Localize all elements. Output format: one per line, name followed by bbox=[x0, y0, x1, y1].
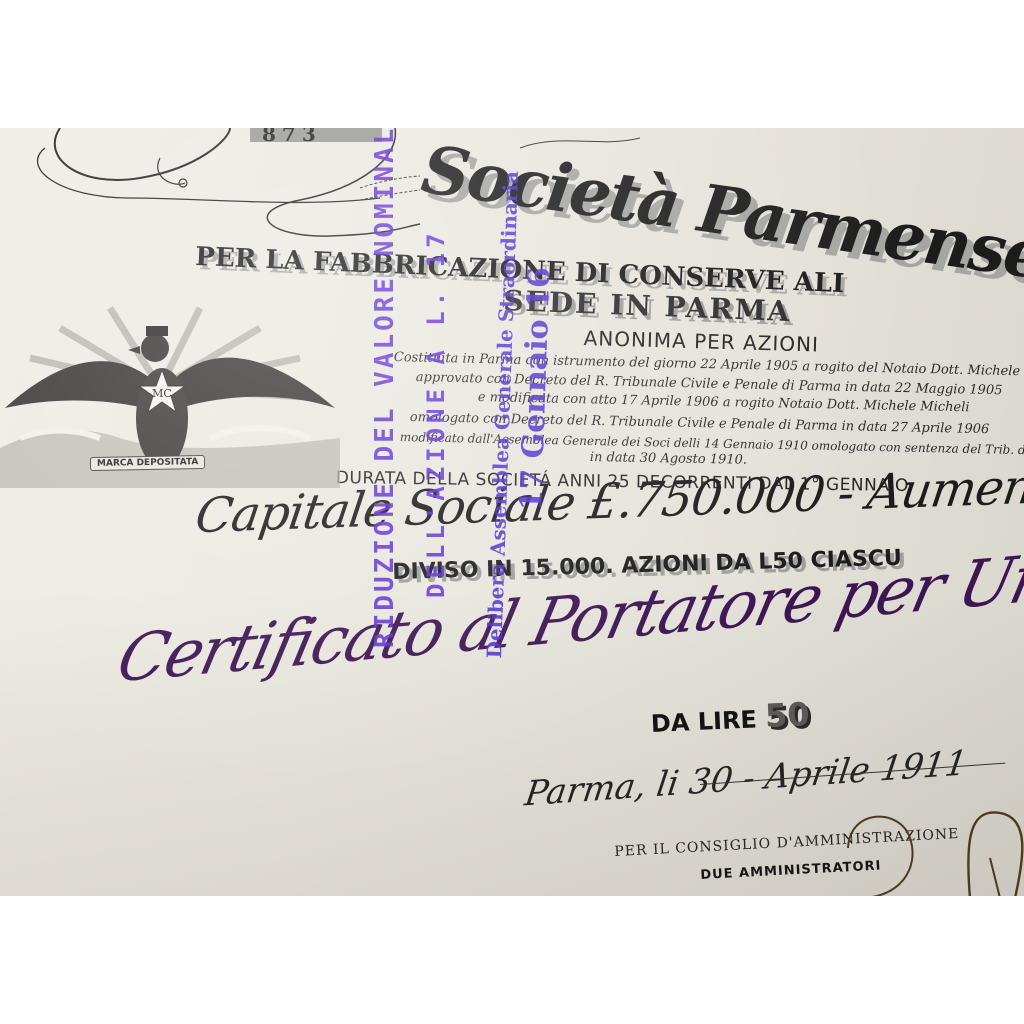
handwritten-date: 30 - Aprile 1911 bbox=[686, 743, 969, 803]
stamp-share-value: DELL'AZIONE A L. 17 bbox=[422, 228, 450, 598]
svg-text:MC: MC bbox=[152, 387, 172, 400]
certificate-number: 873 bbox=[250, 128, 382, 142]
denomination-value: 50 bbox=[764, 695, 810, 735]
stamp-value-reduction: RIDUZIONE DEL VALORE NOMINALE bbox=[370, 128, 400, 648]
legal-line: in data 30 Agosto 1910. bbox=[590, 450, 747, 468]
signature-icon bbox=[840, 798, 1024, 896]
certificate-photo: 873 Società Parmense PER LA FABBRICAZION… bbox=[0, 128, 1024, 896]
company-type: ANONIMA PER AZIONI bbox=[583, 326, 819, 357]
certificate-number-value: 873 bbox=[262, 128, 322, 142]
denomination: DA LIRE 50 bbox=[650, 695, 810, 740]
trademark-banner: MARCA DEPOSITATA bbox=[90, 455, 206, 471]
denomination-prefix: DA LIRE bbox=[650, 705, 757, 738]
place-label: Parma, li bbox=[522, 763, 681, 814]
